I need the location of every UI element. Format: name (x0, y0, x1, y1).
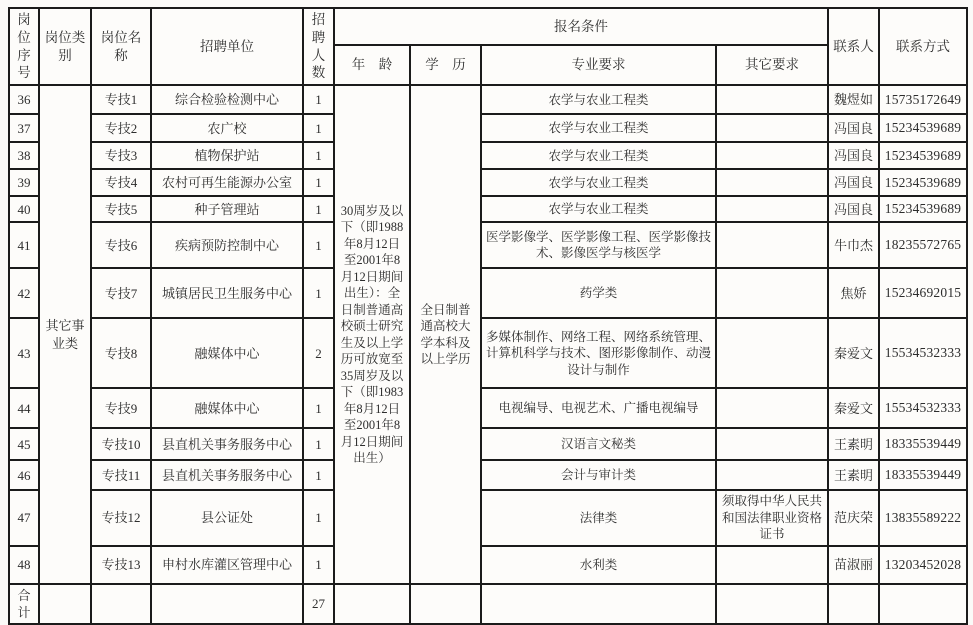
cell-position-title: 专技1 (91, 85, 151, 114)
cell-position-title: 专技12 (91, 490, 151, 546)
cell-total-count: 27 (303, 584, 334, 624)
cell-contact: 冯国良 (828, 169, 879, 196)
cell-other (716, 388, 828, 428)
cell-major: 法律类 (481, 490, 716, 546)
cell-major: 医学影像学、医学影像工程、医学影像技术、影像医学与核医学 (481, 222, 716, 268)
cell-unit: 城镇居民卫生服务中心 (151, 268, 303, 318)
cell-other (716, 114, 828, 142)
cell-unit: 融媒体中心 (151, 388, 303, 428)
cell-total-label: 合计 (9, 584, 39, 624)
col-header-education: 学 历 (410, 45, 481, 85)
col-header-count: 招聘人数 (303, 8, 334, 85)
cell-position-title: 专技4 (91, 169, 151, 196)
table-row: 43 专技8 融媒体中心 2 多媒体制作、网络工程、网络系统管理、计算机科学与技… (9, 318, 967, 388)
cell-phone: 18335539449 (879, 428, 967, 460)
cell-other (716, 169, 828, 196)
cell-count: 1 (303, 169, 334, 196)
cell-position-no: 43 (9, 318, 39, 388)
cell-position-title: 专技10 (91, 428, 151, 460)
col-header-contact: 联系人 (828, 8, 879, 85)
cell-contact: 王素明 (828, 460, 879, 490)
cell-category-empty (39, 584, 91, 624)
cell-position-title: 专技5 (91, 196, 151, 222)
cell-count: 1 (303, 114, 334, 142)
cell-unit: 县直机关事务服务中心 (151, 460, 303, 490)
cell-phone: 13203452028 (879, 546, 967, 584)
cell-major: 多媒体制作、网络工程、网络系统管理、计算机科学与技术、图形影像制作、动漫设计与制… (481, 318, 716, 388)
cell-contact: 范庆荣 (828, 490, 879, 546)
cell-phone-empty (879, 584, 967, 624)
cell-major: 电视编导、电视艺术、广播电视编导 (481, 388, 716, 428)
col-header-phone: 联系方式 (879, 8, 967, 85)
cell-unit-empty (151, 584, 303, 624)
cell-count: 2 (303, 318, 334, 388)
table-row: 41 专技6 疾病预防控制中心 1 医学影像学、医学影像工程、医学影像技术、影像… (9, 222, 967, 268)
cell-age-requirement: 30周岁及以下（即1988年8月12日至2001年8月12日期间出生）：全日制普… (334, 85, 410, 584)
cell-count: 1 (303, 460, 334, 490)
cell-position-title: 专技11 (91, 460, 151, 490)
cell-phone: 15234539689 (879, 142, 967, 169)
cell-contact-empty (828, 584, 879, 624)
cell-count: 1 (303, 222, 334, 268)
col-header-unit: 招聘单位 (151, 8, 303, 85)
table-row: 45 专技10 县直机关事务服务中心 1 汉语言文秘类 王素明 18335539… (9, 428, 967, 460)
cell-phone: 15234539689 (879, 169, 967, 196)
cell-phone: 13835589222 (879, 490, 967, 546)
cell-major: 农学与农业工程类 (481, 196, 716, 222)
table-row: 36 其它事业类 专技1 综合检验检测中心 1 30周岁及以下（即1988年8月… (9, 85, 967, 114)
col-header-major: 专业要求 (481, 45, 716, 85)
cell-major: 农学与农业工程类 (481, 85, 716, 114)
cell-other (716, 428, 828, 460)
cell-position-no: 45 (9, 428, 39, 460)
cell-unit: 农广校 (151, 114, 303, 142)
cell-education-requirement: 全日制普通高校大学本科及以上学历 (410, 85, 481, 584)
cell-contact: 魏煜如 (828, 85, 879, 114)
cell-education-empty (410, 584, 481, 624)
cell-unit: 种子管理站 (151, 196, 303, 222)
cell-count: 1 (303, 196, 334, 222)
cell-unit: 综合检验检测中心 (151, 85, 303, 114)
cell-category: 其它事业类 (39, 85, 91, 584)
cell-unit: 农村可再生能源办公室 (151, 169, 303, 196)
cell-contact: 秦爱文 (828, 388, 879, 428)
cell-position-no: 47 (9, 490, 39, 546)
cell-major: 汉语言文秘类 (481, 428, 716, 460)
cell-phone: 18235572765 (879, 222, 967, 268)
cell-position-title: 专技9 (91, 388, 151, 428)
cell-major: 农学与农业工程类 (481, 114, 716, 142)
col-header-age: 年 龄 (334, 45, 410, 85)
cell-other (716, 222, 828, 268)
cell-position-title-empty (91, 584, 151, 624)
col-header-other: 其它要求 (716, 45, 828, 85)
cell-position-title: 专技13 (91, 546, 151, 584)
cell-contact: 冯国良 (828, 196, 879, 222)
cell-count: 1 (303, 490, 334, 546)
col-header-position-title: 岗位名称 (91, 8, 151, 85)
cell-other (716, 196, 828, 222)
cell-position-no: 39 (9, 169, 39, 196)
cell-position-no: 38 (9, 142, 39, 169)
cell-phone: 15735172649 (879, 85, 967, 114)
table-row: 42 专技7 城镇居民卫生服务中心 1 药学类 焦娇 15234692015 (9, 268, 967, 318)
cell-count: 1 (303, 85, 334, 114)
cell-other (716, 318, 828, 388)
cell-position-no: 36 (9, 85, 39, 114)
cell-position-title: 专技2 (91, 114, 151, 142)
cell-age-empty (334, 584, 410, 624)
cell-position-title: 专技7 (91, 268, 151, 318)
cell-contact: 冯国良 (828, 142, 879, 169)
cell-other (716, 460, 828, 490)
table-row: 37 专技2 农广校 1 农学与农业工程类 冯国良 15234539689 (9, 114, 967, 142)
cell-major: 药学类 (481, 268, 716, 318)
cell-count: 1 (303, 546, 334, 584)
cell-major: 会计与审计类 (481, 460, 716, 490)
recruitment-table: 岗位序号 岗位类别 岗位名称 招聘单位 招聘人数 报名条件 联系人 联系方式 年… (8, 7, 968, 625)
table-row: 47 专技12 县公证处 1 法律类 须取得中华人民共和国法律职业资格证书 范庆… (9, 490, 967, 546)
recruitment-table-wrapper: 岗位序号 岗位类别 岗位名称 招聘单位 招聘人数 报名条件 联系人 联系方式 年… (0, 0, 973, 625)
cell-contact: 焦娇 (828, 268, 879, 318)
cell-position-no: 41 (9, 222, 39, 268)
cell-position-title: 专技6 (91, 222, 151, 268)
table-row: 44 专技9 融媒体中心 1 电视编导、电视艺术、广播电视编导 秦爱文 1553… (9, 388, 967, 428)
cell-other: 须取得中华人民共和国法律职业资格证书 (716, 490, 828, 546)
cell-unit: 融媒体中心 (151, 318, 303, 388)
cell-count: 1 (303, 428, 334, 460)
cell-position-no: 37 (9, 114, 39, 142)
col-header-position-no: 岗位序号 (9, 8, 39, 85)
table-row: 48 专技13 申村水库灌区管理中心 1 水利类 苗淑丽 13203452028 (9, 546, 967, 584)
cell-count: 1 (303, 268, 334, 318)
cell-contact: 苗淑丽 (828, 546, 879, 584)
cell-unit: 疾病预防控制中心 (151, 222, 303, 268)
cell-contact: 秦爱文 (828, 318, 879, 388)
table-row: 46 专技11 县直机关事务服务中心 1 会计与审计类 王素明 18335539… (9, 460, 967, 490)
cell-position-title: 专技3 (91, 142, 151, 169)
cell-contact: 王素明 (828, 428, 879, 460)
cell-major: 水利类 (481, 546, 716, 584)
cell-phone: 15534532333 (879, 318, 967, 388)
cell-contact: 牛巾杰 (828, 222, 879, 268)
table-row: 40 专技5 种子管理站 1 农学与农业工程类 冯国良 15234539689 (9, 196, 967, 222)
cell-major: 农学与农业工程类 (481, 142, 716, 169)
cell-count: 1 (303, 388, 334, 428)
cell-unit: 植物保护站 (151, 142, 303, 169)
total-row: 合计 27 (9, 584, 967, 624)
cell-other (716, 546, 828, 584)
cell-other-empty (716, 584, 828, 624)
cell-other (716, 142, 828, 169)
cell-phone: 15234539689 (879, 196, 967, 222)
cell-other (716, 85, 828, 114)
cell-position-no: 46 (9, 460, 39, 490)
cell-phone: 15234692015 (879, 268, 967, 318)
col-header-category: 岗位类别 (39, 8, 91, 85)
header-row-1: 岗位序号 岗位类别 岗位名称 招聘单位 招聘人数 报名条件 联系人 联系方式 (9, 8, 967, 45)
cell-phone: 18335539449 (879, 460, 967, 490)
cell-position-title: 专技8 (91, 318, 151, 388)
cell-position-no: 40 (9, 196, 39, 222)
cell-major-empty (481, 584, 716, 624)
cell-position-no: 42 (9, 268, 39, 318)
cell-unit: 申村水库灌区管理中心 (151, 546, 303, 584)
cell-major: 农学与农业工程类 (481, 169, 716, 196)
col-header-conditions: 报名条件 (334, 8, 828, 45)
table-row: 38 专技3 植物保护站 1 农学与农业工程类 冯国良 15234539689 (9, 142, 967, 169)
cell-contact: 冯国良 (828, 114, 879, 142)
cell-unit: 县直机关事务服务中心 (151, 428, 303, 460)
cell-position-no: 44 (9, 388, 39, 428)
cell-count: 1 (303, 142, 334, 169)
table-row: 39 专技4 农村可再生能源办公室 1 农学与农业工程类 冯国良 1523453… (9, 169, 967, 196)
cell-phone: 15534532333 (879, 388, 967, 428)
cell-position-no: 48 (9, 546, 39, 584)
cell-other (716, 268, 828, 318)
cell-phone: 15234539689 (879, 114, 967, 142)
cell-unit: 县公证处 (151, 490, 303, 546)
